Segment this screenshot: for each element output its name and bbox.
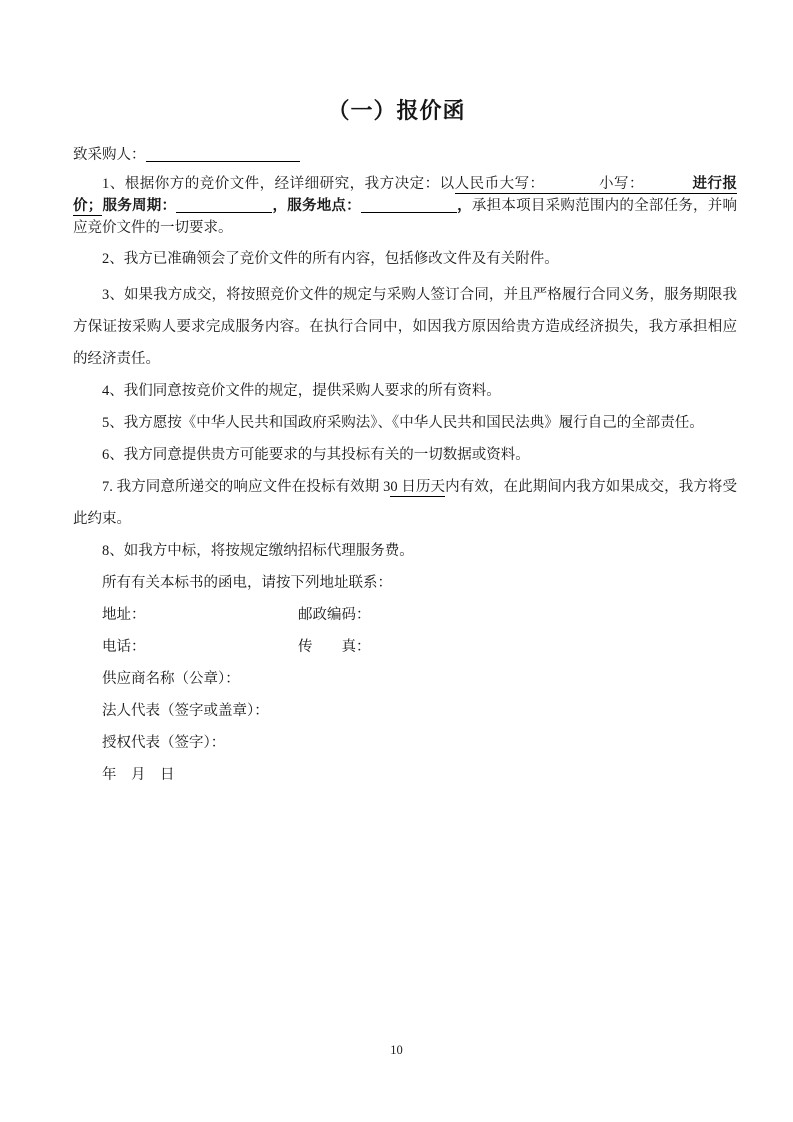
rmb-small-blank-field (644, 187, 692, 188)
paragraph-2: 2、我方已准确领会了竞价文件的所有内容，包括修改文件及有关附件。 (73, 248, 737, 270)
rmb-capital-label: 人民币大写： (455, 176, 545, 192)
supplier-name-line: 供应商名称（公章）： (73, 663, 737, 695)
p7-lead-text: 7. 我方同意所递交的响应文件在投标有效期 3 (102, 479, 390, 495)
address-label: 地址： (102, 599, 298, 631)
salutation-label: 致采购人： (73, 147, 146, 163)
postcode-label: 邮政编码： (298, 607, 371, 623)
document-page: （一）报价函 致采购人： 1、根据你方的竞价文件，经详细研究，我方决定：以人民币… (0, 0, 793, 1122)
paragraph-8: 8、如我方中标，将按规定缴纳招标代理服务费。 (73, 535, 737, 567)
phone-label: 电话： (102, 631, 298, 663)
page-title: （一）报价函 (0, 0, 793, 126)
paragraph-7: 7. 我方同意所递交的响应文件在投标有效期 30 日历天内有效，在此期间内我方如… (73, 471, 737, 535)
p1-bold-comma: ， (457, 198, 472, 214)
rmb-capital-blank-field (545, 187, 599, 188)
paragraph-5: 5、我方愿按《中华人民共和国政府采购法》、《中华人民共和国民法典》履行自己的全部… (73, 407, 737, 439)
date-line: 年 月 日 (73, 759, 737, 791)
service-location-blank-field (361, 199, 457, 213)
salutation-line: 致采购人： (73, 144, 737, 166)
p7-validity-underlined: 0 日历天 (390, 479, 445, 497)
auth-rep-line: 授权代表（签字）： (73, 727, 737, 759)
address-row: 地址：邮政编码： (73, 599, 737, 631)
legal-rep-line: 法人代表（签字或盖章）： (73, 695, 737, 727)
paragraph-1: 1、根据你方的竞价文件，经详细研究，我方决定：以人民币大写：小写：进行报价；服务… (73, 173, 737, 239)
document-body: 致采购人： 1、根据你方的竞价文件，经详细研究，我方决定：以人民币大写：小写：进… (0, 126, 793, 791)
rmb-small-label: 小写： (599, 176, 644, 192)
service-period-label: 服务周期： (102, 198, 176, 214)
paragraph-4: 4、我们同意按竞价文件的规定，提供采购人要求的所有资料。 (73, 375, 737, 407)
p1-lead-text: 1、根据你方的竞价文件，经详细研究，我方决定：以 (102, 176, 455, 192)
page-number: 10 (0, 1043, 793, 1058)
paragraph-6: 6、我方同意提供贵方可能要求的与其投标有关的一切数据或资料。 (73, 439, 737, 471)
service-location-label: ，服务地点： (272, 198, 361, 214)
paragraph-3: 3、如果我方成交，将按照竞价文件的规定与采购人签订合同，并且严格履行合同义务，服… (73, 279, 737, 375)
contact-intro-line: 所有有关本标书的函电，请按下列地址联系： (73, 567, 737, 599)
service-period-blank-field (176, 199, 272, 213)
purchaser-blank-field (146, 148, 300, 162)
fax-label: 传 真： (298, 639, 371, 655)
phone-row: 电话：传 真： (73, 631, 737, 663)
